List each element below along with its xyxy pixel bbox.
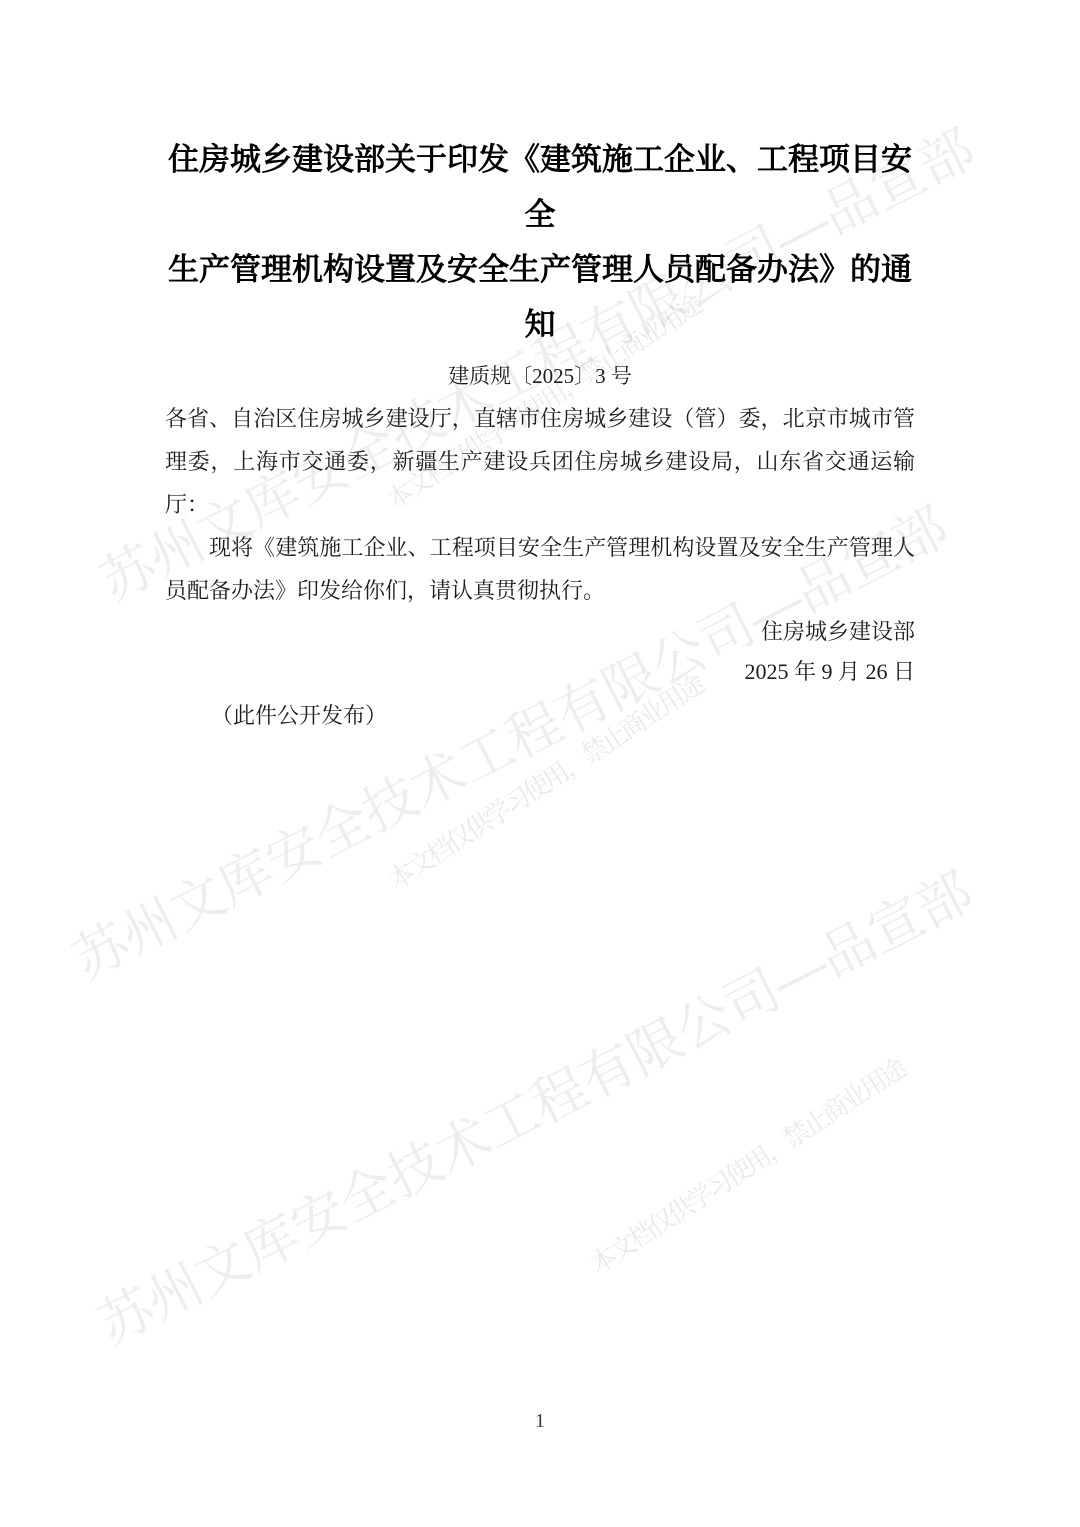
- public-release-note: （此件公开发布）: [165, 696, 915, 736]
- body-paragraph: 现将《建筑施工企业、工程项目安全生产管理机构设置及安全生产管理人员配备办法》印发…: [165, 526, 915, 612]
- issue-date: 2025 年 9 月 26 日: [165, 652, 915, 692]
- page-number: 1: [0, 1410, 1080, 1433]
- signature-block: 住房城乡建设部 2025 年 9 月 26 日: [165, 612, 915, 692]
- watermark-company-text: 苏州文库安全技术工程有限公司—品宣部: [83, 850, 984, 1360]
- addressee-paragraph: 各省、自治区住房城乡建设厅，直辖市住房城乡建设（管）委，北京市城市管理委，上海市…: [165, 397, 915, 526]
- issuing-authority: 住房城乡建设部: [165, 612, 915, 652]
- document-content: 住房城乡建设部关于印发《建筑施工企业、工程项目安全 生产管理机构设置及安全生产管…: [165, 0, 915, 736]
- title-line-2: 生产管理机构设置及安全生产管理人员配备办法》的通知: [165, 242, 915, 352]
- document-title: 住房城乡建设部关于印发《建筑施工企业、工程项目安全 生产管理机构设置及安全生产管…: [165, 132, 915, 352]
- watermark-usage-text: 本文档仅供学习使用，禁止商业用途: [582, 1050, 911, 1281]
- document-page: 苏州文库安全技术工程有限公司—品宣部 苏州文库安全技术工程有限公司—品宣部 苏州…: [0, 0, 1080, 1527]
- title-line-1: 住房城乡建设部关于印发《建筑施工企业、工程项目安全: [165, 132, 915, 242]
- document-number: 建质规〔2025〕3 号: [165, 360, 915, 392]
